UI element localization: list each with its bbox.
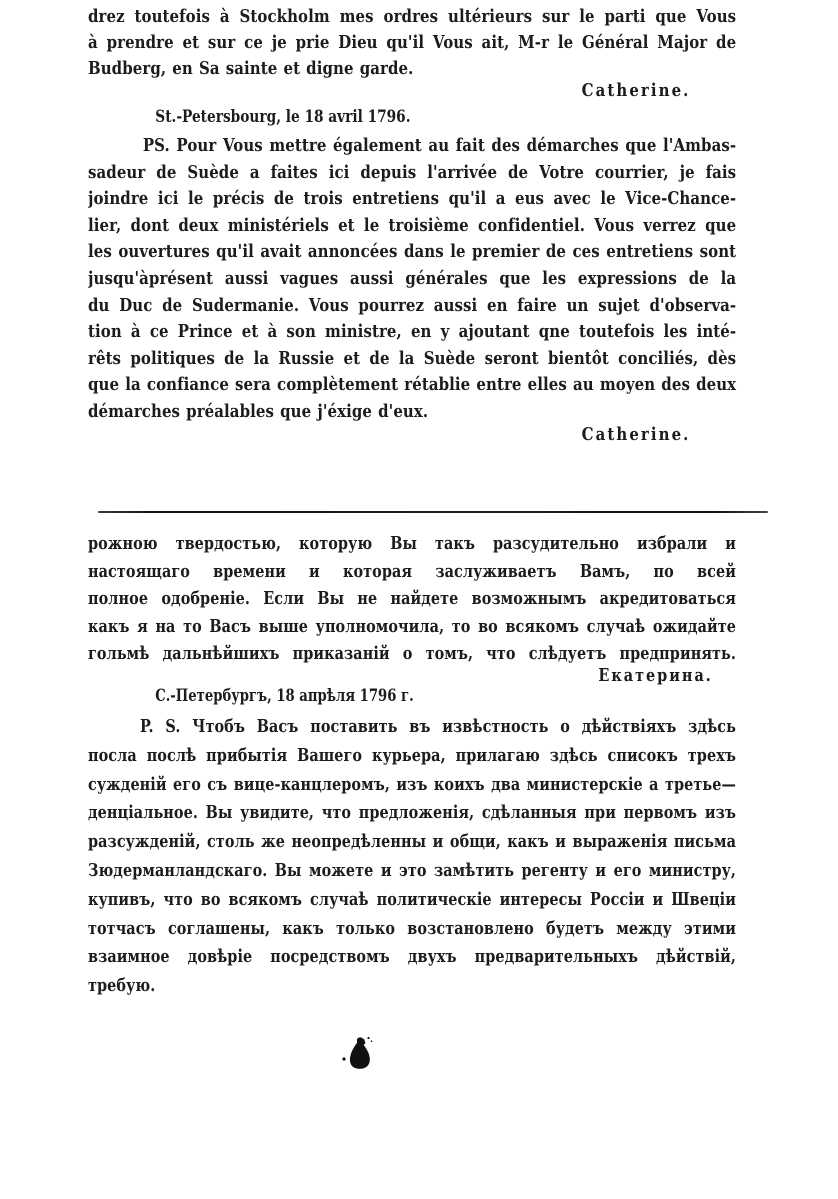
text-line: démarches préalables que j'éxige d'eux. xyxy=(88,399,736,426)
catherine-signature: Catherine. xyxy=(88,80,736,101)
text-line: que la confiance sera complètement rétab… xyxy=(88,372,736,399)
french-dateline: St.-Petersbourg, le 18 avril 1796. xyxy=(88,107,736,126)
text-line: lier, dont deux ministériels et le trois… xyxy=(88,213,736,240)
text-line: Зюдерманландскаго. Вы можете и это замѣт… xyxy=(88,857,736,886)
text-line: joindre ici le précis de trois entretien… xyxy=(88,186,736,213)
section-divider xyxy=(98,511,768,513)
text-line: тотчасъ соглашены, какъ только возстанов… xyxy=(88,915,736,944)
russian-dateline: С.-Петербургъ, 18 апрѣля 1796 г. xyxy=(88,686,736,705)
french-letter-closing: drez toutefois à Stockholm mes ordres ul… xyxy=(88,4,736,82)
russian-letter-closing: рожною твердостью, которую Вы такъ разсу… xyxy=(88,530,736,668)
text-line: разсужденій, столь же неопредѣленны и об… xyxy=(88,828,736,857)
text-line: P. S. Чтобъ Васъ поставить въ извѣстност… xyxy=(88,713,736,742)
text-line: взаимное довѣріе посредствомъ двухъ пред… xyxy=(88,943,736,972)
text-line: рожною твердостью, которую Вы такъ разсу… xyxy=(88,530,736,558)
russian-ps-paragraph: P. S. Чтобъ Васъ поставить въ извѣстност… xyxy=(88,713,736,1001)
text-line: полное одобреніе. Если Вы не найдете воз… xyxy=(88,585,736,613)
text-line: tion à ce Prince et à son ministre, en y… xyxy=(88,319,736,346)
text-line: купивъ, что во всякомъ случаѣ политическ… xyxy=(88,886,736,915)
text-line: какъ я на то Васъ выше уполномочила, то … xyxy=(88,613,736,641)
text-line: настоящаго времени и которая заслуживает… xyxy=(88,558,736,586)
french-ps-paragraph: PS. Pour Vous mettre également au fait d… xyxy=(88,133,736,426)
text-line: Budberg, en Sa sainte et digne garde. xyxy=(88,56,736,82)
catherine-ps-signature: Catherine. xyxy=(88,424,736,445)
text-line: à prendre et sur ce je prie Dieu qu'il V… xyxy=(88,30,736,56)
text-line: drez toutefois à Stockholm mes ordres ul… xyxy=(88,4,736,30)
text-line: PS. Pour Vous mettre également au fait d… xyxy=(88,133,736,160)
ink-blot-decoration xyxy=(341,1035,375,1073)
text-line: сужденій его съ вице-канцлеромъ, изъ кои… xyxy=(88,771,736,800)
text-line: sadeur de Suède a faites ici depuis l'ar… xyxy=(88,160,736,187)
text-line: требую. xyxy=(88,972,736,1001)
scanned-page: drez toutefois à Stockholm mes ordres ul… xyxy=(0,0,838,1199)
text-line: посла послѣ прибытія Вашего курьера, при… xyxy=(88,742,736,771)
text-line: jusqu'àprésent aussi vagues aussi généra… xyxy=(88,266,736,293)
text-line: денціальное. Вы увидите, что предложенія… xyxy=(88,799,736,828)
text-line: гольмѣ дальнѣйшихъ приказаній о томъ, чт… xyxy=(88,640,736,668)
ekaterina-signature: Екатерина. xyxy=(88,665,736,686)
text-line: du Duc de Sudermanie. Vous pourrez aussi… xyxy=(88,293,736,320)
text-line: les ouvertures qu'il avait annoncées dan… xyxy=(88,239,736,266)
text-line: rêts politiques de la Russie et de la Su… xyxy=(88,346,736,373)
